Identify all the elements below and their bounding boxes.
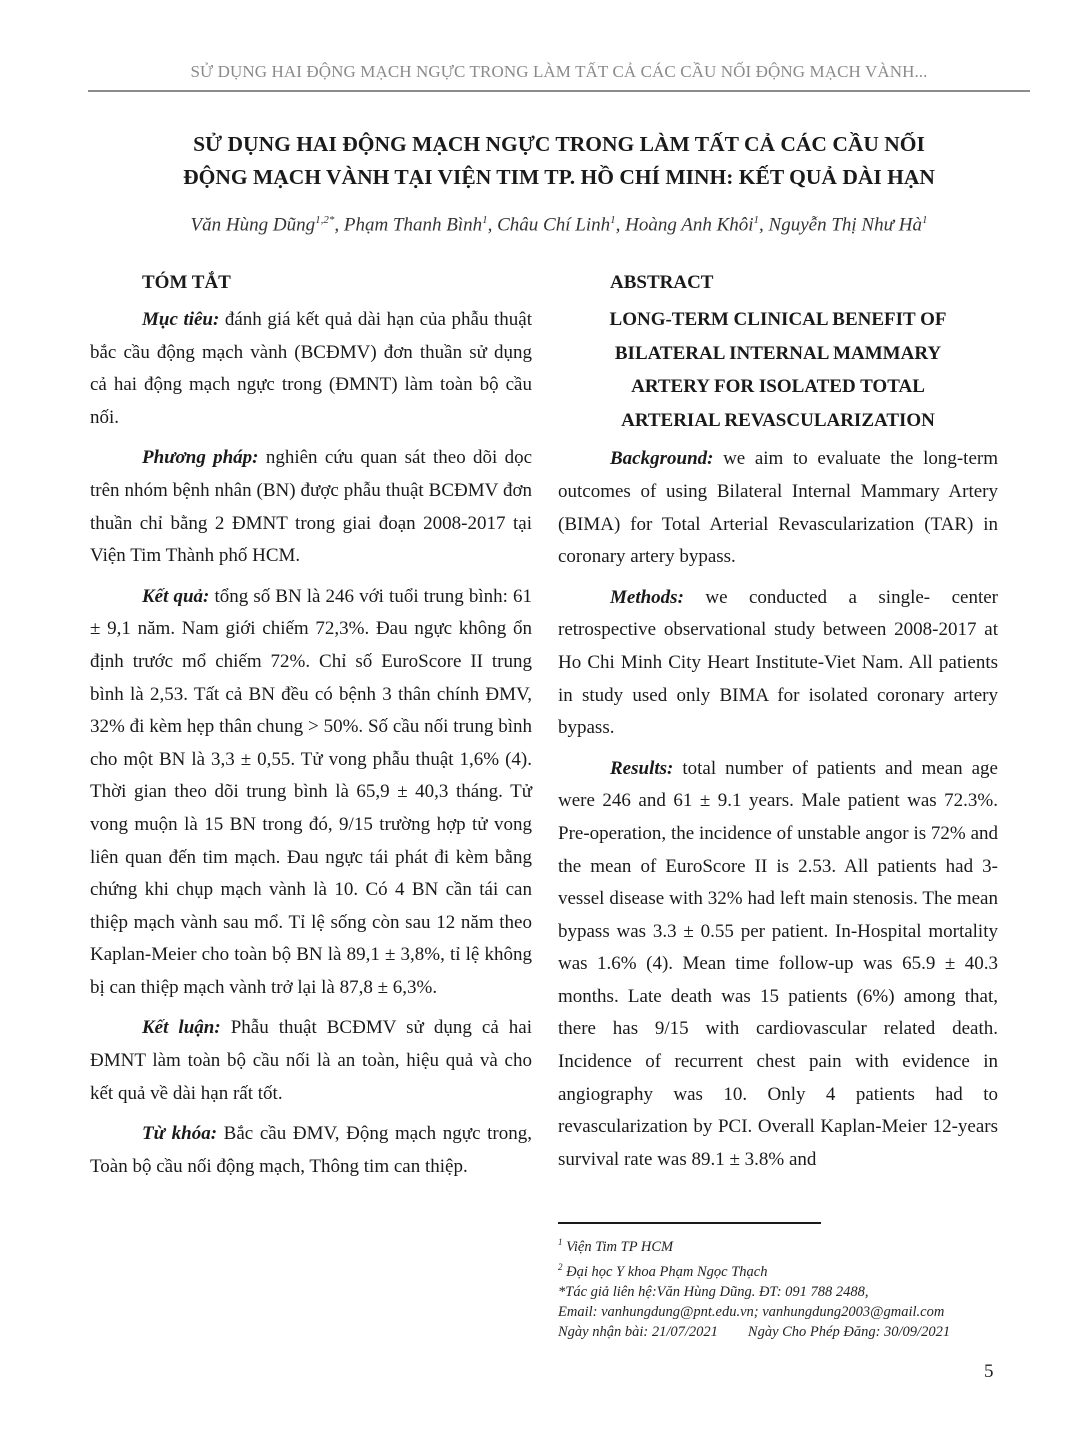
en-background-paragraph: Background: we aim to evaluate the long-… — [558, 443, 998, 573]
en-results-paragraph: Results: total number of patients and me… — [558, 753, 998, 1177]
article-title: SỬ DỤNG HAI ĐỘNG MẠCH NGỰC TRONG LÀM TẤT… — [88, 128, 1030, 194]
title-line-1: SỬ DỤNG HAI ĐỘNG MẠCH NGỰC TRONG LÀM TẤT… — [88, 128, 1030, 161]
author-name: Phạm Thanh Bình — [344, 214, 482, 235]
section-label: Background: — [610, 448, 713, 469]
section-label: Phương pháp: — [142, 447, 259, 468]
en-title-line: LONG-TERM CLINICAL BENEFIT OF — [558, 304, 998, 337]
section-label: Results: — [610, 758, 673, 779]
section-label: Kết quả: — [142, 586, 209, 607]
author-name: Nguyễn Thị Như Hà — [769, 214, 922, 235]
section-label: Methods: — [610, 587, 684, 608]
received-date: Ngày nhận bài: 21/07/2021 — [558, 1324, 718, 1340]
footnotes: 1 Viện Tim TP HCM 2 Đại học Y khoa Phạm … — [558, 1232, 1018, 1343]
author-affiliation: 1,2* — [315, 214, 334, 226]
vi-objective-paragraph: Mục tiêu: đánh giá kết quả dài hạn của p… — [90, 304, 532, 434]
footnote-affiliation-2: 2 Đại học Y khoa Phạm Ngọc Thạch — [558, 1257, 1018, 1282]
author-affiliation: 1 — [754, 214, 760, 226]
en-abstract-heading: ABSTRACT — [610, 268, 998, 298]
footnote-rule — [558, 1222, 821, 1224]
author-name: Văn Hùng Dũng — [191, 214, 316, 235]
author-affiliation: 1 — [922, 214, 928, 226]
author-list: Văn Hùng Dũng1,2*, Phạm Thanh Bình1, Châ… — [88, 214, 1030, 236]
author-affiliation: 1 — [610, 214, 616, 226]
footnote-text: Đại học Y khoa Phạm Ngọc Thạch — [563, 1264, 768, 1280]
accepted-date: Ngày Cho Phép Đăng: 30/09/2021 — [748, 1324, 950, 1340]
en-article-title: LONG-TERM CLINICAL BENEFIT OF BILATERAL … — [558, 304, 998, 437]
english-abstract-column: ABSTRACT LONG-TERM CLINICAL BENEFIT OF B… — [558, 268, 998, 1184]
section-label: Kết luận: — [142, 1017, 221, 1038]
en-title-line: ARTERIAL REVASCULARIZATION — [558, 405, 998, 438]
vi-methods-paragraph: Phương pháp: nghiên cứu quan sát theo dõ… — [90, 442, 532, 572]
vi-keywords-paragraph: Từ khóa: Bắc cầu ĐMV, Động mạch ngực tro… — [90, 1118, 532, 1183]
title-line-2: ĐỘNG MẠCH VÀNH TẠI VIỆN TIM TP. HỒ CHÍ M… — [88, 161, 1030, 194]
vi-results-paragraph: Kết quả: tổng số BN là 246 với tuổi trun… — [90, 581, 532, 1005]
footnote-affiliation-1: 1 Viện Tim TP HCM — [558, 1232, 1018, 1257]
page-number: 5 — [984, 1361, 994, 1383]
vietnamese-abstract-column: TÓM TẮT Mục tiêu: đánh giá kết quả dài h… — [90, 268, 532, 1191]
author-name: Châu Chí Linh — [497, 214, 610, 235]
en-title-line: BILATERAL INTERNAL MAMMARY — [558, 338, 998, 371]
section-text: we conducted a single- center retrospect… — [558, 587, 998, 738]
vi-abstract-heading: TÓM TẮT — [142, 268, 532, 298]
footnote-dates: Ngày nhận bài: 21/07/2021Ngày Cho Phép Đ… — [558, 1322, 1018, 1342]
footnote-contact: *Tác giả liên hệ:Văn Hùng Dũng. ĐT: 091 … — [558, 1282, 1018, 1302]
section-label: Mục tiêu: — [142, 309, 219, 330]
section-text: total number of patients and mean age we… — [558, 758, 998, 1170]
en-title-line: ARTERY FOR ISOLATED TOTAL — [558, 371, 998, 404]
author-name: Hoàng Anh Khôi — [625, 214, 753, 235]
en-methods-paragraph: Methods: we conducted a single- center r… — [558, 582, 998, 745]
section-label: Từ khóa: — [142, 1123, 217, 1144]
author-affiliation: 1 — [482, 214, 488, 226]
header-rule — [88, 90, 1030, 92]
section-text: tổng số BN là 246 với tuổi trung bình: 6… — [90, 586, 532, 998]
vi-conclusion-paragraph: Kết luận: Phẫu thuật BCĐMV sử dụng cả ha… — [90, 1012, 532, 1110]
running-head: SỬ DỤNG HAI ĐỘNG MẠCH NGỰC TRONG LÀM TẤT… — [88, 62, 1030, 82]
footnote-email[interactable]: Email: vanhungdung@pnt.edu.vn; vanhungdu… — [558, 1302, 1018, 1322]
footnote-text: Viện Tim TP HCM — [563, 1239, 674, 1255]
